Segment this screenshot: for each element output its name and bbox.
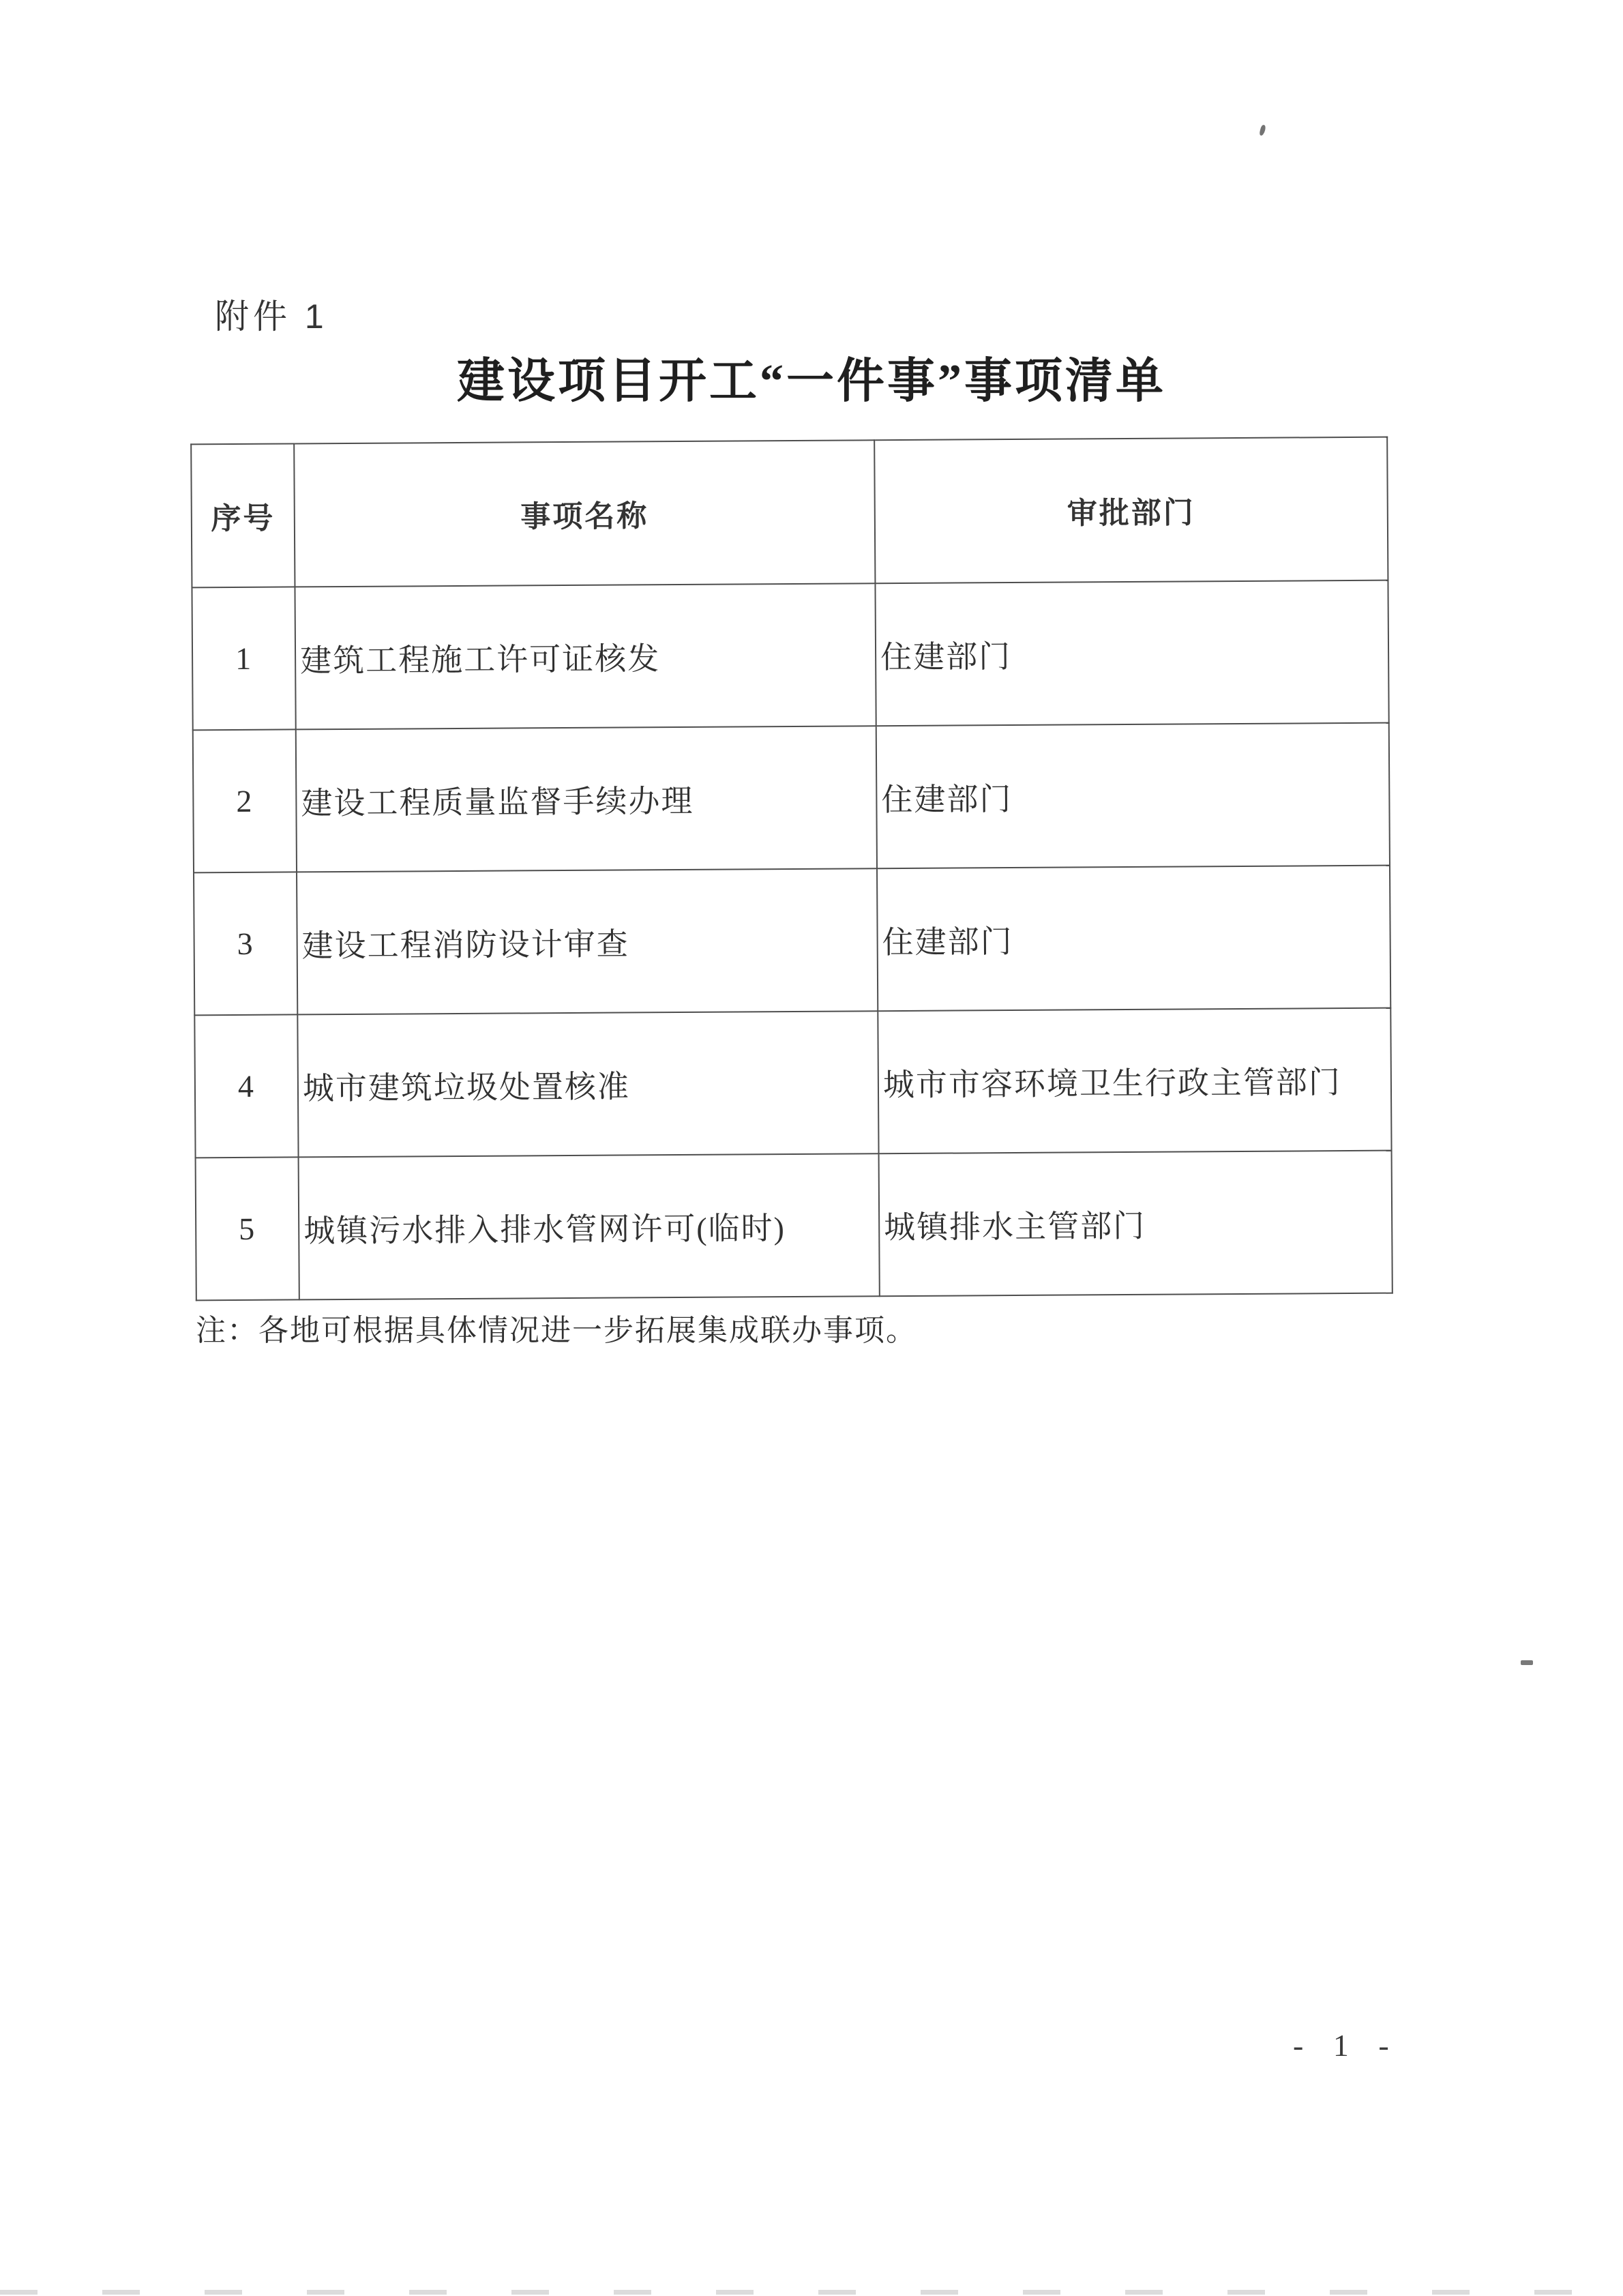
cell-seq: 3	[194, 872, 297, 1015]
cell-item-name: 建设工程质量监督手续办理	[296, 726, 877, 872]
cell-item-name: 建筑工程施工许可证核发	[295, 583, 876, 729]
document-title: 建设项目开工“一件事”事项清单	[0, 342, 1623, 411]
scanned-document-page: 附件 1 建设项目开工“一件事”事项清单 序号 事项名称 审批部门 1 建筑工程…	[0, 0, 1623, 2296]
cell-department: 城市市容环境卫生行政主管部门	[878, 1008, 1391, 1154]
cell-seq: 4	[194, 1014, 298, 1158]
table-note: 注：各地可根据具体情况进一步拓展集成联办事项。	[196, 1306, 917, 1349]
page-number: - 1 -	[1293, 2027, 1400, 2063]
items-table: 序号 事项名称 审批部门 1 建筑工程施工许可证核发 住建部门 2 建设工程质量…	[190, 437, 1393, 1301]
scan-dash-artifact	[1521, 1660, 1533, 1665]
table-row: 4 城市建筑垃圾处置核准 城市市容环境卫生行政主管部门	[194, 1008, 1391, 1158]
attachment-label: 附件 1	[215, 289, 328, 338]
cell-department: 城镇排水主管部门	[879, 1151, 1393, 1297]
table-row: 5 城镇污水排入排水管网许可(临时) 城镇排水主管部门	[196, 1151, 1393, 1301]
header-name: 事项名称	[294, 440, 875, 587]
table-row: 2 建设工程质量监督手续办理 住建部门	[193, 723, 1390, 873]
cell-seq: 1	[192, 587, 295, 730]
cell-department: 住建部门	[877, 866, 1390, 1012]
scan-speck-artifact	[1259, 124, 1266, 136]
table-header-row: 序号 事项名称 审批部门	[191, 437, 1388, 588]
header-seq: 序号	[191, 443, 295, 587]
cell-department: 住建部门	[876, 723, 1390, 869]
cell-seq: 2	[193, 729, 297, 872]
cell-item-name: 城镇污水排入排水管网许可(临时)	[299, 1153, 880, 1299]
cell-seq: 5	[196, 1157, 299, 1300]
scanner-edge-artifact	[0, 2290, 1623, 2295]
cell-item-name: 城市建筑垃圾处置核准	[297, 1011, 878, 1157]
table-row: 3 建设工程消防设计审查 住建部门	[194, 866, 1390, 1016]
table-row: 1 建筑工程施工许可证核发 住建部门	[192, 580, 1388, 731]
cell-department: 住建部门	[875, 580, 1388, 726]
cell-item-name: 建设工程消防设计审查	[297, 868, 878, 1014]
header-dept: 审批部门	[874, 437, 1388, 584]
